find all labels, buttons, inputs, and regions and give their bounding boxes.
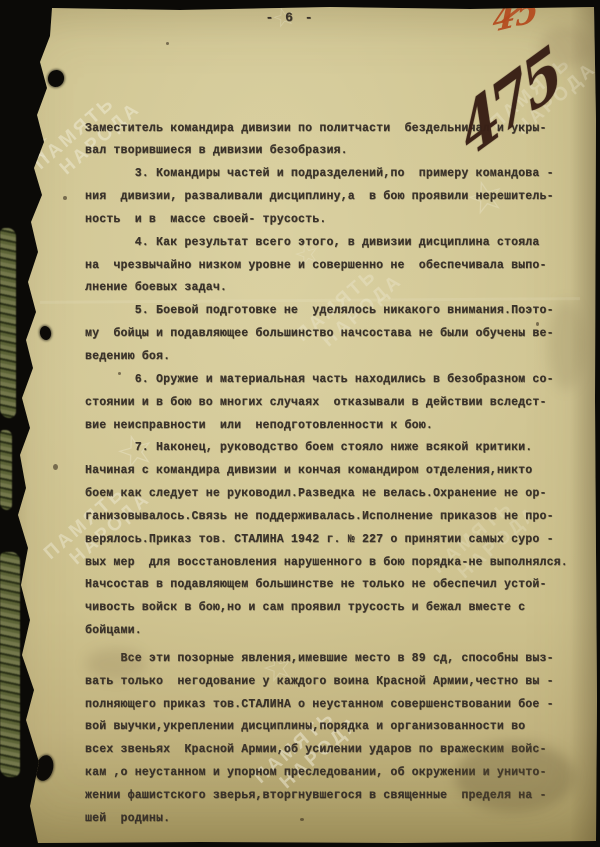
handwritten-red-number: 45 (492, 0, 539, 38)
page-number: - 6 - (240, 10, 340, 26)
text-line: верялось.Приказ тов. СТАЛИНА 1942 г. № 2… (85, 529, 585, 552)
text-line: вие неисправности или неподготовленности… (85, 415, 585, 438)
text-line: 4. Как результат всего этого, в дивизии … (85, 232, 585, 255)
scan-background: ☆ ПАМЯТЬ НАРОДА ☆ ☆ ПАМЯТЬ НАРОДА ☆ ПАМЯ… (0, 0, 600, 847)
text-line: 3. Командиры частей и подразделений,по п… (85, 163, 585, 186)
text-line: Начсостав в подавляющем большинстве не т… (85, 574, 585, 597)
paper-stain (86, 648, 146, 680)
paper-stain (455, 742, 575, 812)
paper-hole (39, 325, 53, 341)
text-line: чивость войск в бою,но и сам проявил тру… (85, 597, 585, 620)
paper-speck (166, 42, 169, 45)
text-line: вой выучки,укреплении дисциплины,порядка… (85, 716, 585, 739)
text-line: вых мер для восстановления нарушенного в… (85, 552, 585, 575)
text-line: ведению боя. (85, 346, 585, 369)
text-line: му бойцы и подавляющее большинство начсо… (85, 323, 585, 346)
text-line: 7. Наконец, руководство боем стояло ниже… (85, 437, 585, 460)
watermark-star-icon: ☆ (9, 122, 57, 173)
text-line: бойцами. (85, 620, 585, 643)
paper-hole (33, 753, 56, 782)
text-line: вать только негодование у каждого воина … (85, 671, 585, 694)
tape-remnant (0, 228, 16, 418)
document-page: ☆ ПАМЯТЬ НАРОДА ☆ ☆ ПАМЯТЬ НАРОДА ☆ ПАМЯ… (0, 0, 600, 847)
text-line: ния дивизии, разваливали дисциплину,а в … (85, 186, 585, 209)
tape-remnant (0, 430, 12, 510)
document-text: Заместитель командира дивизии по политча… (85, 49, 585, 831)
paper-stain (548, 300, 584, 390)
paper-hole (46, 68, 67, 89)
text-line: 6. Оружие и материальная часть находилис… (85, 369, 585, 392)
paper-speck (63, 196, 67, 200)
paper-speck (118, 372, 121, 375)
text-line: 5. Боевой подготовке не уделялось никако… (85, 300, 585, 323)
text-line: полняющего приказ тов.СТАЛИНА о неустанн… (85, 694, 585, 717)
paper-speck (300, 818, 304, 821)
text-line: ганизовывалось.Связь не поддерживалась.И… (85, 506, 585, 529)
text-line: Начиная с командира дивизии и кончая ком… (85, 460, 585, 483)
text-line: на чрезвычайно низком уровне и совершенн… (85, 255, 585, 278)
paper-speck (53, 464, 58, 470)
text-line: Все эти позорные явления,имевшие место в… (85, 648, 585, 671)
tape-remnant (0, 552, 20, 777)
paper-speck (536, 322, 539, 326)
text-line: ность и в массе своей- трусость. (85, 209, 585, 232)
text-line: стоянии и в бою во многих случаях отказы… (85, 392, 585, 415)
text-line: боем как следует не руководил.Разведка н… (85, 483, 585, 506)
